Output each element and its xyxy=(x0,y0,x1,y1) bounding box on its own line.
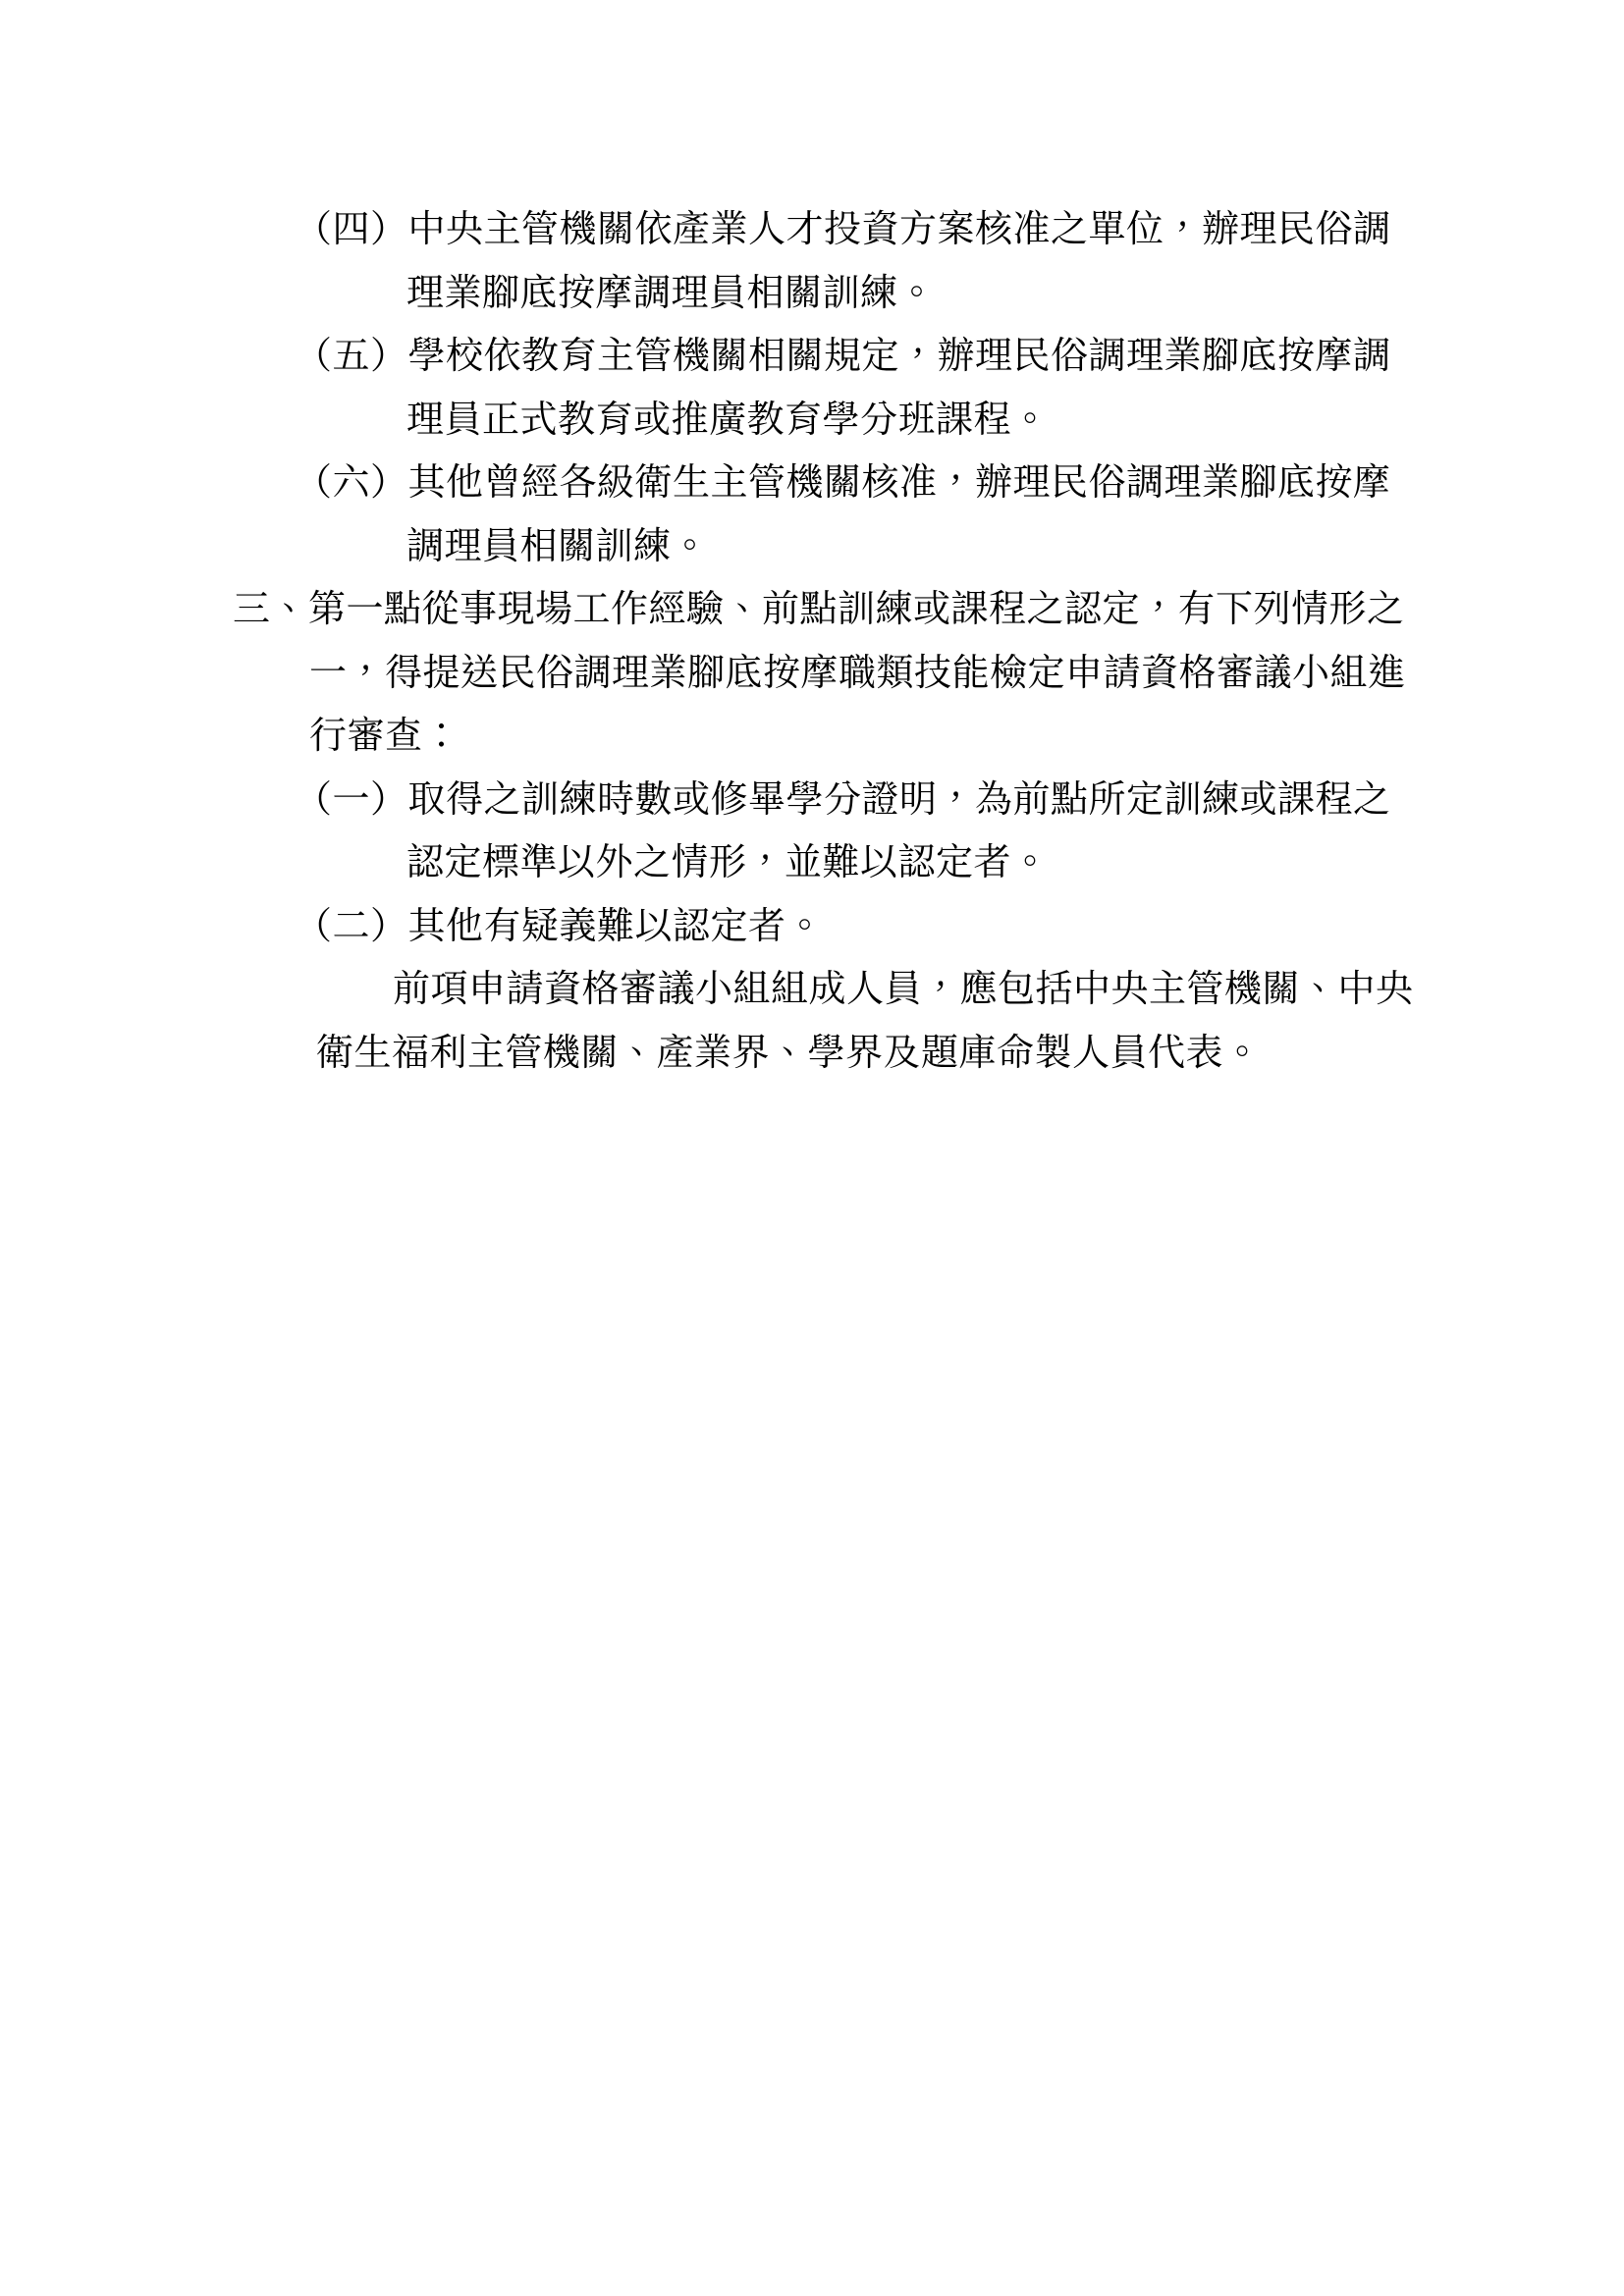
document-line: （五）學校依教育主管機關相關規定，辦理民俗調理業腳底按摩調 xyxy=(295,325,1624,389)
document-line: （一）取得之訓練時數或修畢學分證明，為前點所定訓練或課程之 xyxy=(295,769,1624,832)
document-line: 認定標準以外之情形，並難以認定者。 xyxy=(406,831,1624,895)
document-body: （四）中央主管機關依產業人才投資方案核准之單位，辦理民俗調 理業腳底按摩調理員相… xyxy=(0,198,1624,1085)
document-line: 前項申請資格審議小組組成人員，應包括中央主管機關、中央 xyxy=(393,958,1624,1022)
document-line: （六）其他曾經各級衛生主管機關核准，辦理民俗調理業腳底按摩 xyxy=(295,452,1624,515)
document-line: （四）中央主管機關依產業人才投資方案核准之單位，辦理民俗調 xyxy=(295,198,1624,262)
document-line: 理員正式教育或推廣教育學分班課程。 xyxy=(406,389,1624,453)
document-line: 理業腳底按摩調理員相關訓練。 xyxy=(406,262,1624,326)
document-line: 調理員相關訓練。 xyxy=(406,515,1624,579)
document-line: 行審查： xyxy=(309,705,1624,769)
document-line: 一，得提送民俗調理業腳底按摩職類技能檢定申請資格審議小組進 xyxy=(309,642,1624,706)
document-page: { "page": { "background_color": "#ffffff… xyxy=(0,0,1624,2296)
document-line: （二）其他有疑義難以認定者。 xyxy=(295,895,1624,959)
document-line: 衛生福利主管機關、產業界、學界及題庫命製人員代表。 xyxy=(316,1022,1624,1086)
document-line: 三、第一點從事現場工作經驗、前點訓練或課程之認定，有下列情形之 xyxy=(233,578,1624,642)
